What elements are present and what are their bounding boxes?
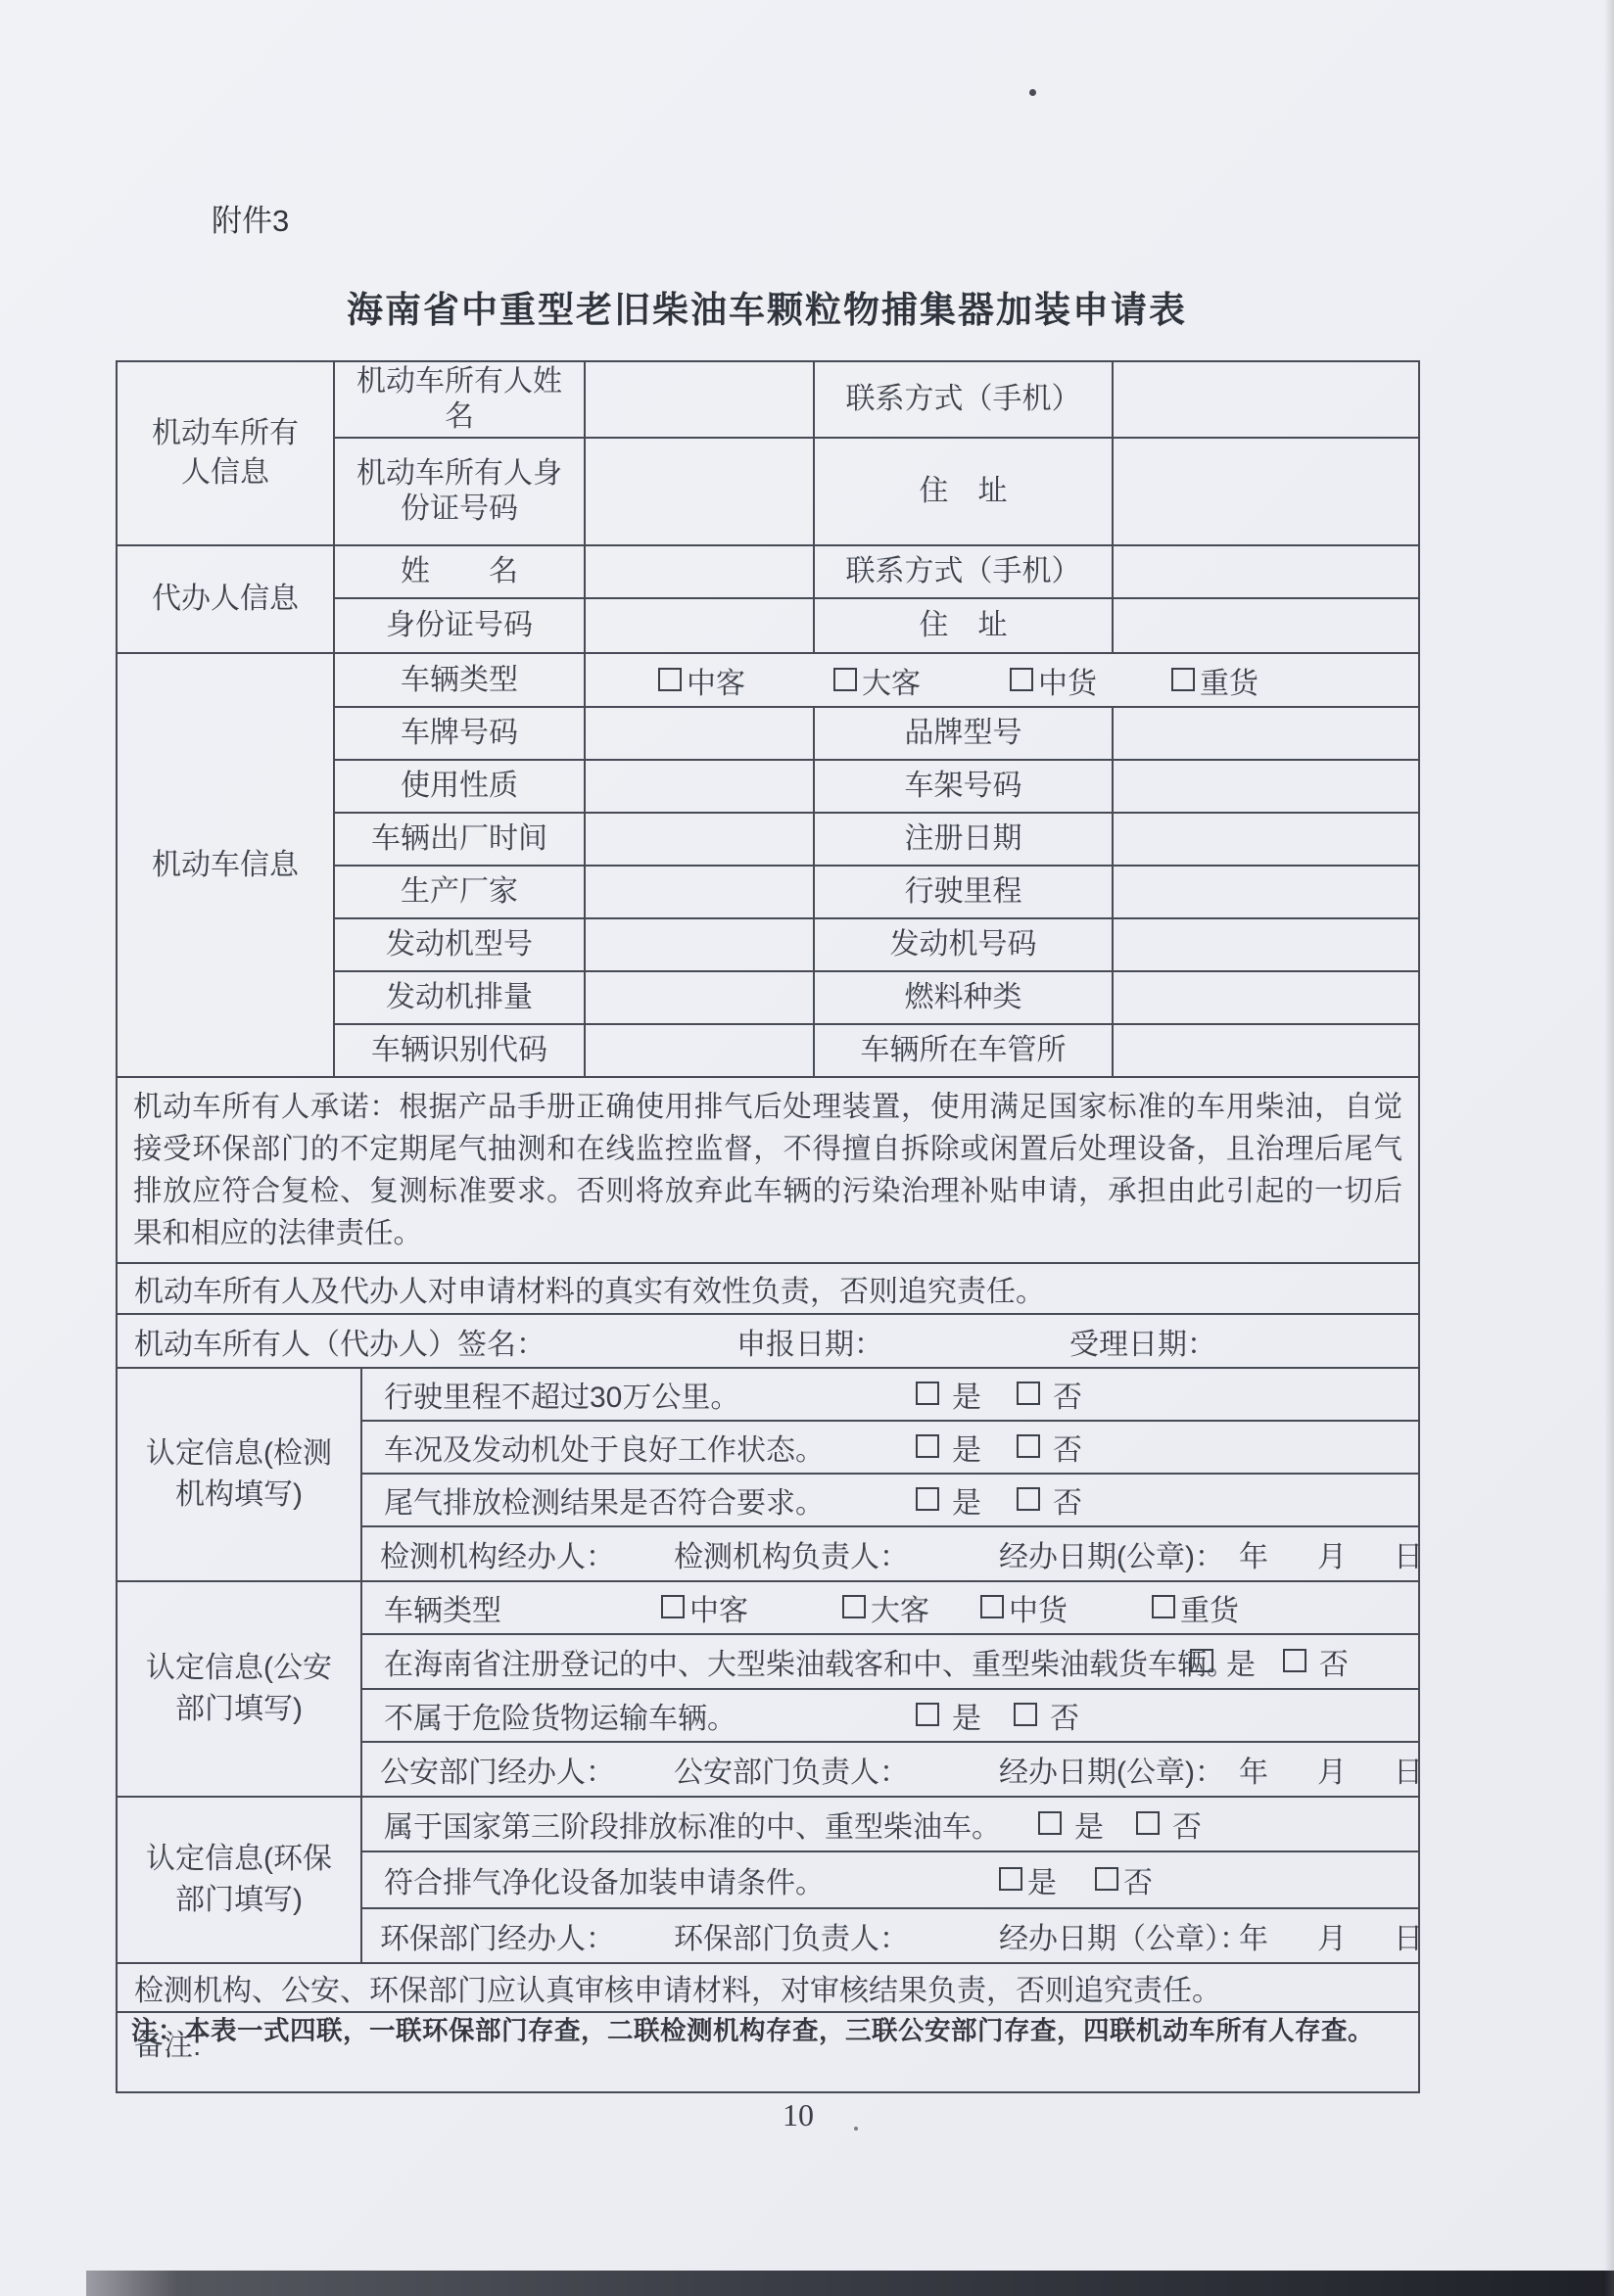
- owner-commitment-text: 机动车所有人承诺：根据产品手册正确使用排气后处理装置，使用满足国家标准的车用柴油…: [117, 1077, 1419, 1263]
- brand-model-input-cell: [1113, 707, 1419, 760]
- copies-footnote: 注：本表一式四联，一联环保部门存查，二联检测机构存查，三联公安部门存查，四联机动…: [131, 2009, 1444, 2047]
- no-option: 否: [1017, 1426, 1082, 1469]
- env-condition-row: 属于国家第三阶段排放标准的中、重型柴油车。 是 否: [361, 1797, 1419, 1851]
- condition-text: 在海南省注册登记的中、大型柴油载客和中、重型柴油载货车辆。: [384, 1649, 1236, 1681]
- option-label: 否: [1053, 1373, 1082, 1416]
- option-label: 是: [1074, 1803, 1104, 1846]
- engine-displacement-input-cell: [585, 971, 814, 1024]
- brand-model-label: 品牌型号: [814, 707, 1113, 760]
- option-label: 否: [1053, 1426, 1082, 1469]
- attachment-label: 附件3: [212, 196, 289, 240]
- vehicle-type-label: 车辆类型: [334, 653, 585, 707]
- vehicle-type-options-cell: 中客 大客 中货 重货: [585, 653, 1419, 707]
- checkbox-icon: [1017, 1434, 1040, 1458]
- year-label: 年: [1239, 1914, 1268, 1957]
- page-number: 10: [783, 2097, 814, 2133]
- scan-bottom-edge: [86, 2271, 1614, 2296]
- env-date-label: 经办日期（公章）：: [999, 1914, 1249, 1957]
- checkbox-icon: [1152, 1595, 1175, 1618]
- no-option: 否: [1017, 1373, 1082, 1416]
- yes-option: 是: [1038, 1803, 1104, 1846]
- register-date-input-cell: [1113, 813, 1419, 866]
- police-group-label: 认定信息(公安部门填写): [117, 1581, 361, 1797]
- checkbox-icon: [1017, 1487, 1040, 1511]
- manufacturer-label: 生产厂家: [334, 866, 585, 918]
- option-label: 是: [1027, 1858, 1057, 1901]
- info-table: 机动车所有人信息 机动车所有人姓名 联系方式（手机） 机动车所有人身份证号码 住…: [116, 360, 1420, 1078]
- vehicle-type-label: 车辆类型: [384, 1595, 501, 1627]
- checkbox-icon: [980, 1595, 1004, 1618]
- signature-row: 机动车所有人（代办人）签名： 申报日期： 受理日期：: [117, 1314, 1419, 1368]
- police-date-label: 经办日期(公章)：: [999, 1748, 1224, 1791]
- owner-phone-input-cell: [1113, 361, 1419, 438]
- no-option: 否: [1136, 1803, 1202, 1846]
- police-manager-label: 公安部门负责人：: [674, 1748, 909, 1791]
- vehicle-type-option: 大客: [842, 1586, 929, 1629]
- month-label: 月: [1317, 1914, 1347, 1957]
- agent-name-label: 姓 名: [334, 545, 585, 598]
- owner-phone-label: 联系方式（手机）: [814, 361, 1113, 438]
- option-label: 否: [1123, 1858, 1153, 1901]
- env-operator-label: 环保部门经办人：: [380, 1914, 615, 1957]
- checkbox-icon: [842, 1595, 866, 1618]
- inspection-group-label: 认定信息(检测机构填写): [117, 1368, 361, 1581]
- vehicle-type-option: 中货: [980, 1586, 1068, 1629]
- dmv-office-input-cell: [1113, 1024, 1419, 1077]
- condition-text: 行驶里程不超过30万公里。: [384, 1382, 739, 1414]
- option-label: 否: [1053, 1478, 1082, 1522]
- engine-number-label: 发动机号码: [814, 918, 1113, 971]
- option-label: 重货: [1180, 1586, 1239, 1629]
- yes-option: 是: [1190, 1640, 1256, 1683]
- yes-option: 是: [999, 1858, 1057, 1901]
- no-option: 否: [1095, 1858, 1153, 1901]
- checkbox-icon: [1010, 668, 1033, 691]
- checkbox-icon: [1136, 1811, 1160, 1835]
- checkbox-icon: [1171, 668, 1195, 691]
- agent-address-input-cell: [1113, 598, 1419, 653]
- condition-text: 不属于危险货物运输车辆。: [384, 1703, 736, 1735]
- month-label: 月: [1317, 1748, 1347, 1791]
- plate-number-label: 车牌号码: [334, 707, 585, 760]
- owner-group-label: 机动车所有人信息: [117, 361, 334, 545]
- owner-address-input-cell: [1113, 438, 1419, 545]
- owner-address-label: 住 址: [814, 438, 1113, 545]
- register-date-label: 注册日期: [814, 813, 1113, 866]
- inspection-condition-row: 车况及发动机处于良好工作状态。 是 否: [361, 1421, 1419, 1474]
- yes-option: 是: [916, 1373, 981, 1416]
- scanned-form-page: { "page": { "attachment_label": "附件3", "…: [0, 0, 1614, 2296]
- engine-displacement-label: 发动机排量: [334, 971, 585, 1024]
- yes-option: 是: [916, 1426, 981, 1469]
- inspection-condition-row: 行驶里程不超过30万公里。 是 否: [361, 1368, 1419, 1421]
- commitment-table: 机动车所有人承诺：根据产品手册正确使用排气后处理装置，使用满足国家标准的车用柴油…: [116, 1076, 1420, 1369]
- police-vehicle-type-row: 车辆类型 中客 大客 中货 重货: [361, 1581, 1419, 1634]
- agent-id-label: 身份证号码: [334, 598, 585, 653]
- month-label: 月: [1317, 1532, 1347, 1575]
- usage-nature-label: 使用性质: [334, 760, 585, 813]
- option-label: 是: [952, 1373, 981, 1416]
- vin-label: 车辆识别代码: [334, 1024, 585, 1077]
- scan-right-edge: [1604, 0, 1614, 2296]
- truthfulness-declaration-text: 机动车所有人及代办人对申请材料的真实有效性负责，否则追究责任。: [117, 1263, 1419, 1314]
- option-label: 否: [1050, 1694, 1079, 1737]
- agent-phone-label: 联系方式（手机）: [814, 545, 1113, 598]
- engine-number-input-cell: [1113, 918, 1419, 971]
- option-label: 是: [952, 1478, 981, 1522]
- option-label: 大客: [871, 1586, 929, 1629]
- inspection-section-table: 认定信息(检测机构填写) 行驶里程不超过30万公里。 是 否 车况及发动机处于良…: [116, 1367, 1420, 1582]
- checkbox-icon: [999, 1867, 1022, 1891]
- no-option: 否: [1014, 1694, 1079, 1737]
- no-option: 否: [1283, 1640, 1349, 1683]
- vehicle-group-label: 机动车信息: [117, 653, 334, 1077]
- day-label: 日: [1394, 1748, 1419, 1791]
- scan-speck-icon: [1029, 89, 1036, 96]
- checkbox-icon: [916, 1434, 939, 1458]
- engine-model-label: 发动机型号: [334, 918, 585, 971]
- factory-date-input-cell: [585, 813, 814, 866]
- checkbox-icon: [916, 1487, 939, 1511]
- checkbox-icon: [916, 1703, 939, 1726]
- option-label: 否: [1172, 1803, 1202, 1846]
- vehicle-type-option: 中货: [1010, 659, 1097, 702]
- checkbox-icon: [1017, 1382, 1040, 1405]
- police-condition-row: 不属于危险货物运输车辆。 是 否: [361, 1689, 1419, 1742]
- usage-nature-input-cell: [585, 760, 814, 813]
- vehicle-type-option: 重货: [1152, 1586, 1239, 1629]
- yes-option: 是: [916, 1694, 981, 1737]
- owner-name-input-cell: [585, 361, 814, 438]
- checkbox-icon: [833, 668, 857, 691]
- checkbox-icon: [916, 1382, 939, 1405]
- frame-number-label: 车架号码: [814, 760, 1113, 813]
- inspection-condition-row: 尾气排放检测结果是否符合要求。 是 否: [361, 1474, 1419, 1526]
- env-signoff-row: 环保部门经办人： 环保部门负责人： 经办日期（公章）： 年 月 日: [361, 1908, 1419, 1963]
- env-group-label: 认定信息(环保部门填写): [117, 1797, 361, 1963]
- vehicle-type-option: 重货: [1171, 659, 1258, 702]
- inspection-manager-label: 检测机构负责人：: [674, 1532, 909, 1575]
- fuel-type-input-cell: [1113, 971, 1419, 1024]
- checkbox-icon: [1014, 1703, 1037, 1726]
- frame-number-input-cell: [1113, 760, 1419, 813]
- agent-group-label: 代办人信息: [117, 545, 334, 653]
- police-signoff-row: 公安部门经办人： 公安部门负责人： 经办日期(公章)： 年 月 日: [361, 1742, 1419, 1797]
- option-label: 中客: [687, 659, 745, 702]
- condition-text: 符合排气净化设备加装申请条件。: [384, 1867, 825, 1899]
- option-label: 否: [1319, 1640, 1349, 1683]
- option-label: 中客: [689, 1586, 748, 1629]
- inspection-date-label: 经办日期(公章)：: [999, 1532, 1224, 1575]
- police-operator-label: 公安部门经办人：: [380, 1748, 615, 1791]
- accept-date-label: 受理日期：: [1069, 1320, 1216, 1363]
- mileage-label: 行驶里程: [814, 866, 1113, 918]
- manufacturer-input-cell: [585, 866, 814, 918]
- scan-speck-icon: [854, 2127, 858, 2131]
- review-responsibility-text: 检测机构、公安、环保部门应认真审核申请材料，对审核结果负责，否则追究责任。: [117, 1963, 1419, 2012]
- plate-number-input-cell: [585, 707, 814, 760]
- fuel-type-label: 燃料种类: [814, 971, 1113, 1024]
- application-form-table: 机动车所有人信息 机动车所有人姓名 联系方式（手机） 机动车所有人身份证号码 住…: [116, 360, 1418, 2093]
- vehicle-type-option: 中客: [658, 659, 745, 702]
- checkbox-icon: [1190, 1649, 1213, 1672]
- signature-label: 机动车所有人（代办人）签名：: [134, 1320, 546, 1363]
- option-label: 中货: [1038, 659, 1097, 702]
- checkbox-icon: [1283, 1649, 1306, 1672]
- vehicle-type-option: 大客: [833, 659, 921, 702]
- vehicle-type-option: 中客: [661, 1586, 748, 1629]
- checkbox-icon: [658, 668, 682, 691]
- agent-id-input-cell: [585, 598, 814, 653]
- option-label: 是: [1226, 1640, 1256, 1683]
- option-label: 大客: [862, 659, 921, 702]
- owner-id-label: 机动车所有人身份证号码: [334, 438, 585, 545]
- env-section-table: 认定信息(环保部门填写) 属于国家第三阶段排放标准的中、重型柴油车。 是 否 符…: [116, 1796, 1420, 1964]
- condition-text: 尾气排放检测结果是否符合要求。: [384, 1487, 825, 1520]
- checkbox-icon: [1095, 1867, 1118, 1891]
- env-condition-row: 符合排气净化设备加装申请条件。 是 否: [361, 1851, 1419, 1908]
- option-label: 中货: [1009, 1586, 1068, 1629]
- inspection-operator-label: 检测机构经办人：: [380, 1532, 615, 1575]
- day-label: 日: [1394, 1914, 1419, 1957]
- factory-date-label: 车辆出厂时间: [334, 813, 585, 866]
- police-condition-row: 在海南省注册登记的中、大型柴油载客和中、重型柴油载货车辆。 是 否: [361, 1634, 1419, 1689]
- apply-date-label: 申报日期：: [736, 1320, 883, 1363]
- inspection-signoff-row: 检测机构经办人： 检测机构负责人： 经办日期(公章)： 年 月 日: [361, 1526, 1419, 1581]
- page-title: 海南省中重型老旧柴油车颗粒物捕集器加装申请表: [116, 280, 1418, 333]
- option-label: 是: [952, 1426, 981, 1469]
- env-manager-label: 环保部门负责人：: [674, 1914, 909, 1957]
- engine-model-input-cell: [585, 918, 814, 971]
- mileage-input-cell: [1113, 866, 1419, 918]
- dmv-office-label: 车辆所在车管所: [814, 1024, 1113, 1077]
- vin-input-cell: [585, 1024, 814, 1077]
- condition-text: 车况及发动机处于良好工作状态。: [384, 1434, 825, 1467]
- owner-name-label: 机动车所有人姓名: [334, 361, 585, 438]
- agent-name-input-cell: [585, 545, 814, 598]
- agent-phone-input-cell: [1113, 545, 1419, 598]
- checkbox-icon: [1038, 1811, 1062, 1835]
- condition-text: 属于国家第三阶段排放标准的中、重型柴油车。: [384, 1811, 1001, 1844]
- no-option: 否: [1017, 1478, 1082, 1522]
- option-label: 重货: [1200, 659, 1258, 702]
- yes-option: 是: [916, 1478, 981, 1522]
- owner-id-input-cell: [585, 438, 814, 545]
- option-label: 是: [952, 1694, 981, 1737]
- day-label: 日: [1394, 1532, 1419, 1575]
- year-label: 年: [1239, 1532, 1268, 1575]
- checkbox-icon: [661, 1595, 685, 1618]
- year-label: 年: [1239, 1748, 1268, 1791]
- agent-address-label: 住 址: [814, 598, 1113, 653]
- police-section-table: 认定信息(公安部门填写) 车辆类型 中客 大客 中货 重货 在海南省注册登记的中…: [116, 1580, 1420, 1798]
